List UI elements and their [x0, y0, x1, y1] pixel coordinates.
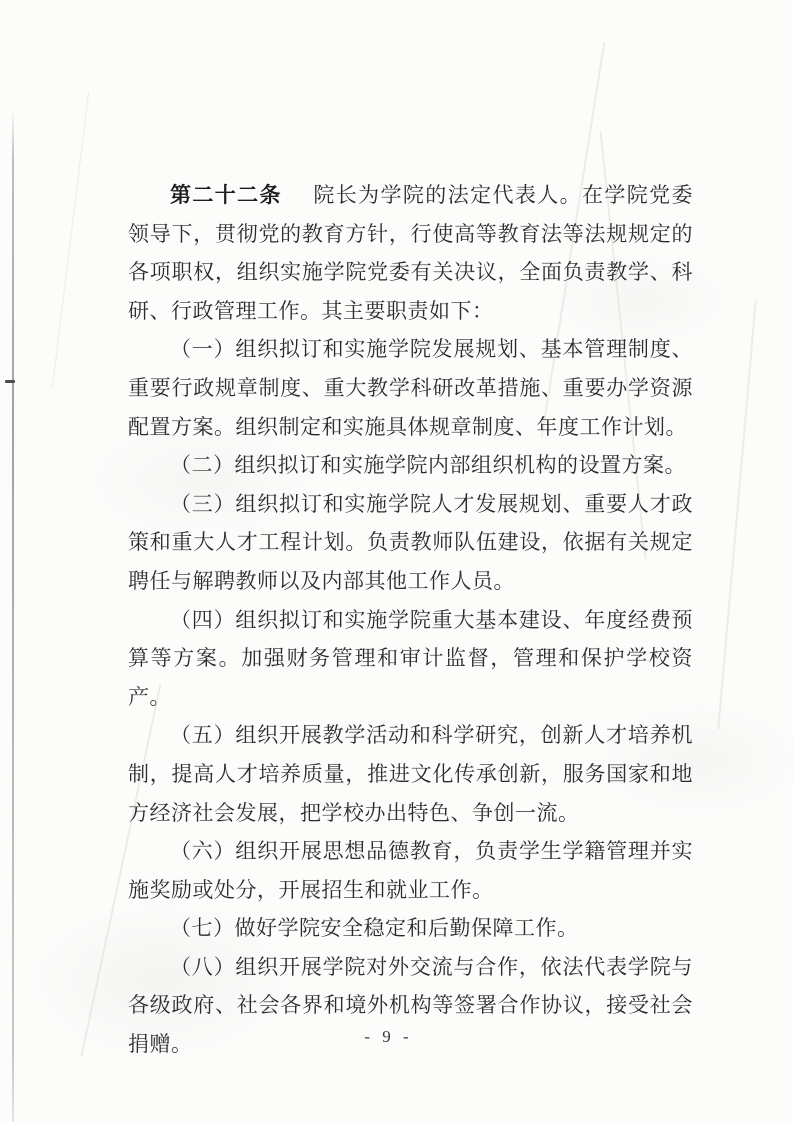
scan-crease: [717, 301, 756, 729]
article-item-2: （二）组织拟订和实施学院内部组织机构的设置方案。: [128, 446, 693, 485]
scan-edge-tick: [5, 380, 15, 383]
page-number: - 9 -: [0, 1027, 777, 1047]
article-item-3: （三）组织拟订和实施学院人才发展规划、重要人才政策和重大人才工程计划。负责教师队…: [128, 485, 693, 601]
scan-crease: [52, 91, 90, 389]
article-intro-paragraph: 第二十二条院长为学院的法定代表人。在学院党委领导下，贯彻党的教育方针，行使高等教…: [128, 176, 693, 330]
article-number-heading: 第二十二条: [170, 183, 282, 207]
article-item-5: （五）组织开展教学活动和科学研究，创新人才培养机制，提高人才培养质量，推进文化传…: [128, 716, 693, 832]
document-page: 第二十二条院长为学院的法定代表人。在学院党委领导下，贯彻党的教育方针，行使高等教…: [0, 0, 793, 1122]
article-item-6: （六）组织开展思想品德教育，负责学生学籍管理并实施奖励或处分，开展招生和就业工作…: [128, 832, 693, 909]
article-body: 第二十二条院长为学院的法定代表人。在学院党委领导下，贯彻党的教育方针，行使高等教…: [128, 176, 693, 1064]
article-item-4: （四）组织拟订和实施学院重大基本建设、年度经费预算等方案。加强财务管理和审计监督…: [128, 601, 693, 717]
scan-edge-line: [12, 0, 14, 1122]
article-item-7: （七）做好学院安全稳定和后勤保障工作。: [128, 909, 693, 948]
article-item-1: （一）组织拟订和实施学院发展规划、基本管理制度、重要行政规章制度、重大教学科研改…: [128, 330, 693, 446]
